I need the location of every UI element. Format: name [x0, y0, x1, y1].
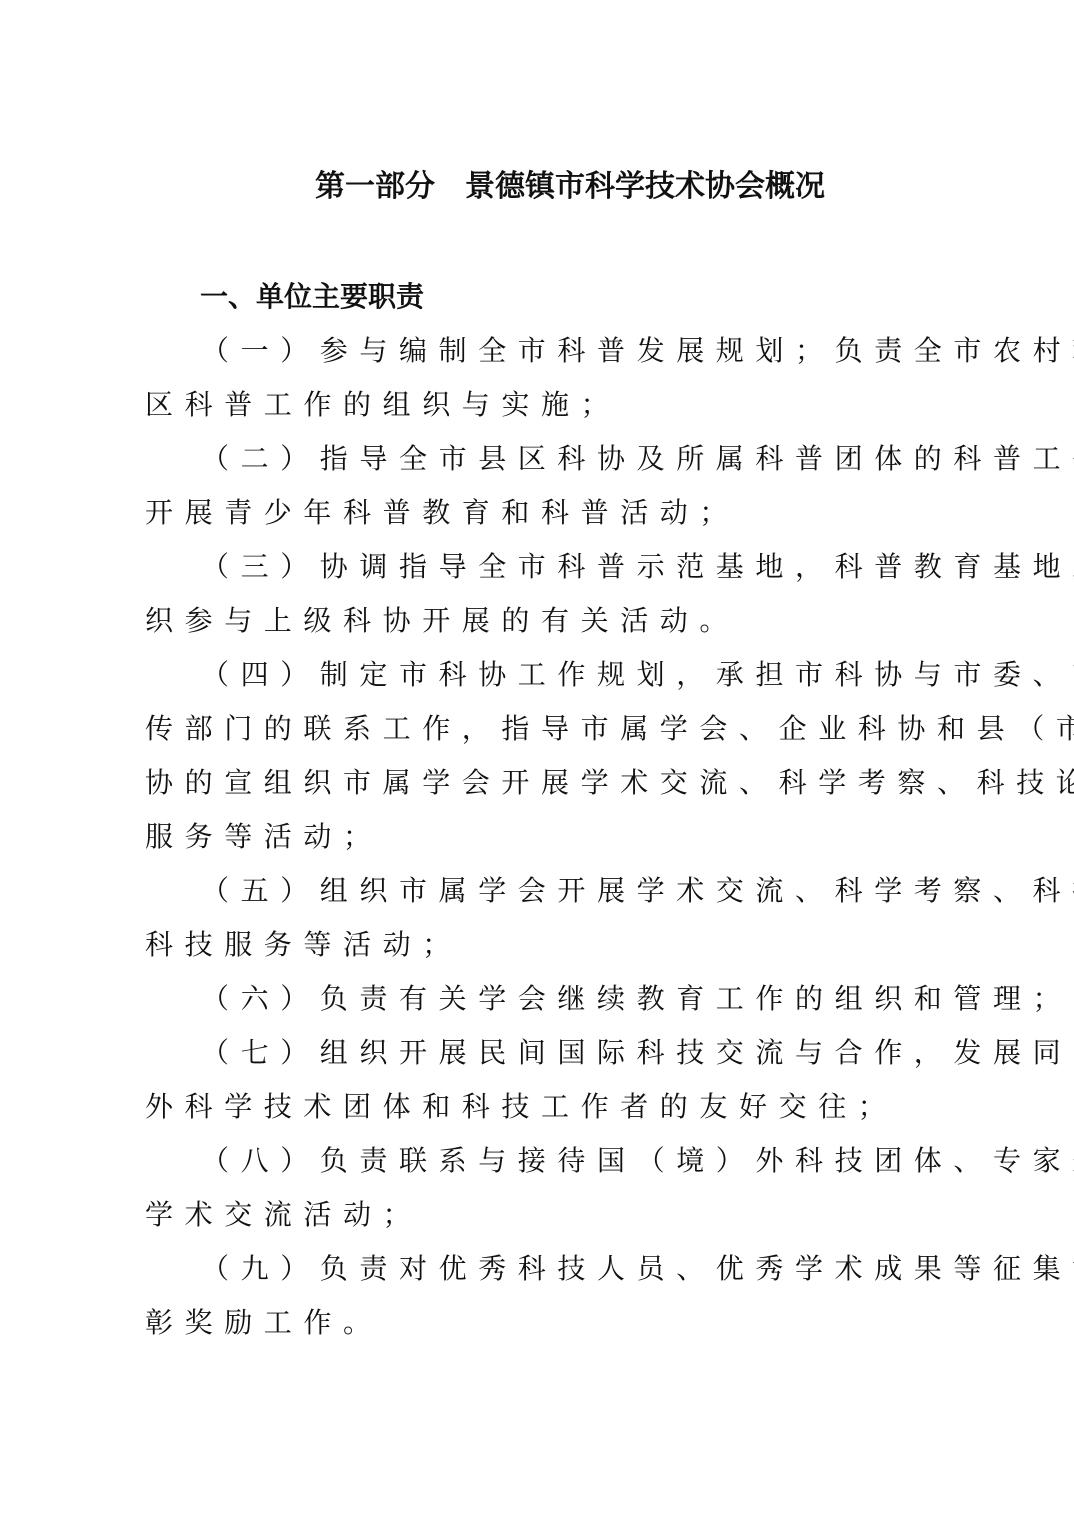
paragraph-line: 协的宣组织市属学会开展学术交流、科学考察、科技论证、科技: [145, 756, 945, 810]
paragraph-line: 彰奖励工作。: [145, 1296, 945, 1350]
paragraph-line: 区科普工作的组织与实施；: [145, 378, 945, 432]
paragraph-line: （三）协调指导全市科普示范基地，科普教育基地工作；组: [145, 540, 945, 594]
paragraph-line: （八）负责联系与接待国（境）外科技团体、专家来景进行: [145, 1134, 945, 1188]
paragraph-line: 服务等活动；: [145, 810, 945, 864]
document-title: 第一部分 景德镇市科学技术协会概况: [0, 164, 1074, 210]
duty-paragraph: （一）参与编制全市科普发展规划；负责全市农村和城市社区科普工作的组织与实施；: [145, 324, 945, 432]
paragraph-line: 外科学技术团体和科技工作者的友好交往；: [145, 1080, 945, 1134]
duty-paragraph: （三）协调指导全市科普示范基地，科普教育基地工作；组织参与上级科协开展的有关活动…: [145, 540, 945, 648]
section-heading: 一、单位主要职责: [200, 274, 424, 320]
paragraph-line: （九）负责对优秀科技人员、优秀学术成果等征集评审和表: [145, 1242, 945, 1296]
document-page: 第一部分 景德镇市科学技术协会概况 一、单位主要职责 （一）参与编制全市科普发展…: [0, 0, 1074, 1520]
duty-paragraph: （四）制定市科协工作规划，承担市科协与市委、市政府宣传部门的联系工作，指导市属学…: [145, 648, 945, 864]
duty-paragraph: （二）指导全市县区科协及所属科普团体的科普工作；组织开展青少年科普教育和科普活动…: [145, 432, 945, 540]
paragraph-line: 科技服务等活动；: [145, 918, 945, 972]
duty-paragraph: （八）负责联系与接待国（境）外科技团体、专家来景进行学术交流活动；: [145, 1134, 945, 1242]
paragraph-line: 学术交流活动；: [145, 1188, 945, 1242]
paragraph-line: （七）组织开展民间国际科技交流与合作，发展同国（境）: [145, 1026, 945, 1080]
duty-paragraph: （六）负责有关学会继续教育工作的组织和管理；: [145, 972, 945, 1026]
paragraph-line: 织参与上级科协开展的有关活动。: [145, 594, 945, 648]
paragraph-line: 开展青少年科普教育和科普活动；: [145, 486, 945, 540]
duty-paragraph: （九）负责对优秀科技人员、优秀学术成果等征集评审和表彰奖励工作。: [145, 1242, 945, 1350]
paragraph-line: （四）制定市科协工作规划，承担市科协与市委、市政府宣: [145, 648, 945, 702]
paragraph-line: （六）负责有关学会继续教育工作的组织和管理；: [145, 972, 945, 1026]
duty-paragraph: （五）组织市属学会开展学术交流、科学考察、科技论证、科技服务等活动；: [145, 864, 945, 972]
paragraph-line: 传部门的联系工作，指导市属学会、企业科协和县（市、区）科: [145, 702, 945, 756]
paragraph-line: （一）参与编制全市科普发展规划；负责全市农村和城市社: [145, 324, 945, 378]
paragraph-line: （五）组织市属学会开展学术交流、科学考察、科技论证、: [145, 864, 945, 918]
duty-paragraph: （七）组织开展民间国际科技交流与合作，发展同国（境）外科学技术团体和科技工作者的…: [145, 1026, 945, 1134]
document-body: （一）参与编制全市科普发展规划；负责全市农村和城市社区科普工作的组织与实施；（二…: [145, 324, 945, 1350]
paragraph-line: （二）指导全市县区科协及所属科普团体的科普工作；组织: [145, 432, 945, 486]
